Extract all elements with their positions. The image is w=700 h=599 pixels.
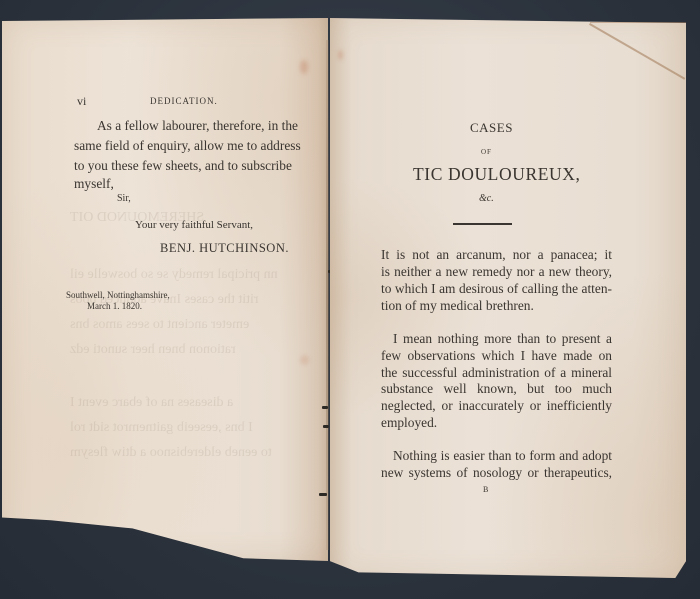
- signature-mark: B: [483, 485, 488, 494]
- signature: BENJ. HUTCHINSON.: [160, 241, 289, 256]
- page-stain: [338, 50, 343, 60]
- paragraph-line: It is not an arcanum, nor a panacea; it: [381, 247, 612, 263]
- paragraph-line: the successful administration of a miner…: [381, 365, 612, 381]
- folded-corner: [590, 22, 686, 83]
- salutation: Sir,: [117, 193, 131, 204]
- binding-stitch: [319, 493, 327, 496]
- paragraph-line: tion of my medical brethren.: [381, 298, 534, 314]
- title-rule: [453, 223, 512, 225]
- paragraph-line: same field of enquiry, allow me to addre…: [74, 138, 278, 154]
- bleed-through-text: to eeneb elderebisnoo a dtiw flesym: [70, 440, 272, 465]
- paragraph-line: As a fellow labourer, therefore, in the: [97, 118, 277, 134]
- title-etc: &c.: [479, 193, 494, 204]
- title-main: TIC DOULOUREUX,: [413, 164, 580, 185]
- right-page: [330, 16, 686, 578]
- page-stain: [300, 60, 308, 74]
- bleed-through-text: rationon bnen heer sunoti edz: [70, 337, 236, 362]
- closing: Your very faithful Servant,: [135, 219, 253, 231]
- paragraph-line: few observations which I have made on: [381, 348, 612, 364]
- paragraph-line: is neither a new remedy nor a new theory…: [381, 264, 612, 280]
- bleed-through-text: emeter ancient to sees amos bns: [70, 312, 249, 337]
- bleed-through-text: I bns ,eeseeib gaitnemrot sidt rol: [70, 415, 253, 440]
- bleed-through-text: nn pricipal remedy se so boswelle eil: [70, 262, 278, 287]
- paragraph-line: substance well known, but too much: [381, 381, 612, 397]
- page-stain: [300, 355, 309, 365]
- paragraph-line: to you these few sheets, and to subscrib…: [74, 158, 278, 174]
- binding-stitch: [323, 425, 329, 428]
- paragraph-line: employed.: [381, 415, 437, 431]
- paragraph-line: I mean nothing more than to present a: [393, 331, 612, 347]
- book-gutter: [326, 40, 329, 550]
- date: March 1. 1820.: [87, 301, 142, 311]
- binding-stitch: [322, 406, 328, 409]
- paragraph-line: new systems of nosology or therapeutics,: [381, 465, 612, 481]
- paragraph-line: myself,: [74, 176, 114, 192]
- paragraph-line: Nothing is easier than to form and adopt: [393, 448, 612, 464]
- bleed-through-text: a diseases na of ebarc event I: [70, 390, 233, 415]
- running-head: DEDICATION.: [150, 96, 218, 106]
- title-cases: CASES: [470, 120, 513, 136]
- paragraph-line: neglected, or inaccurately or inefficien…: [381, 398, 612, 414]
- place: Southwell, Nottinghamshire,: [66, 290, 170, 300]
- page-number: vi: [77, 94, 86, 109]
- title-of: OF: [481, 148, 492, 156]
- paragraph-line: to which I am desirous of calling the at…: [381, 281, 612, 297]
